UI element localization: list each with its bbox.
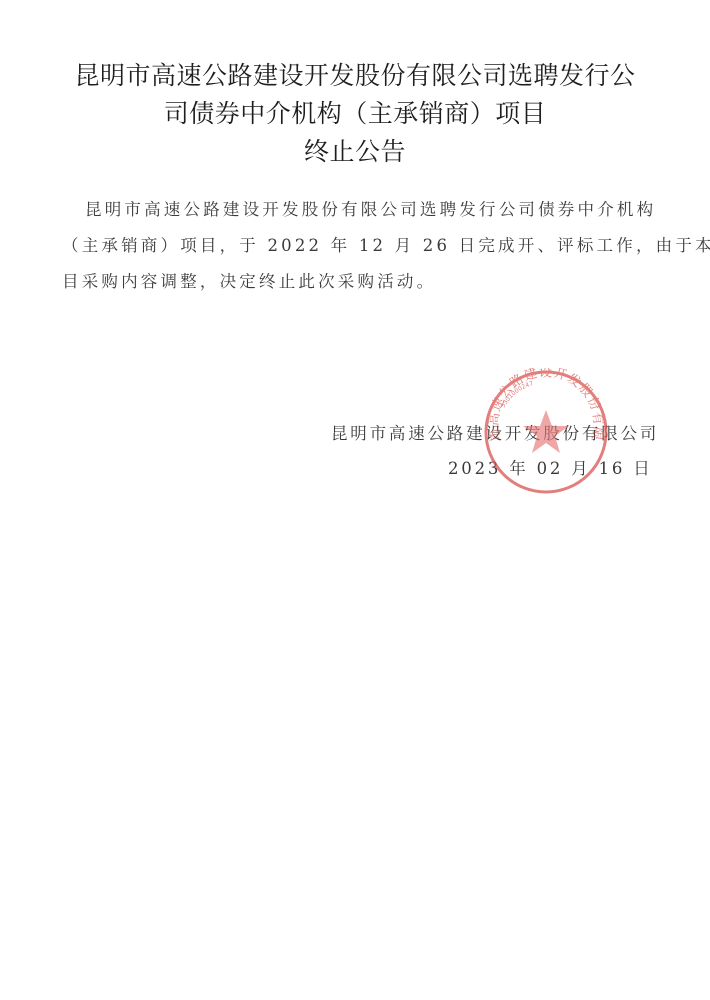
title-line-1: 昆明市高速公路建设开发股份有限公司选聘发行公 (40, 58, 670, 94)
body-line-2: （主承销商）项目，于 2022 年 12 月 26 日完成开、评标工作，由于本项 (62, 232, 710, 256)
body-line-3: 目采购内容调整，决定终止此次采购活动。 (62, 268, 436, 292)
signature-date: 2023 年 02 月 16 日 (448, 455, 653, 479)
signature-organization: 昆明市高速公路建设开发股份有限公司 (331, 420, 659, 444)
title-line-2: 司债券中介机构（主承销商）项目 (40, 96, 670, 132)
title-line-3: 终止公告 (40, 134, 670, 170)
document-page: 昆明市高速公路建设开发股份有限公司选聘发行公 司债券中介机构（主承销商）项目 终… (0, 0, 710, 1000)
body-line-1: 昆明市高速公路建设开发股份有限公司选聘发行公司债券中介机构 (85, 196, 656, 220)
svg-text:5301000247: 5301000247 (500, 380, 535, 409)
